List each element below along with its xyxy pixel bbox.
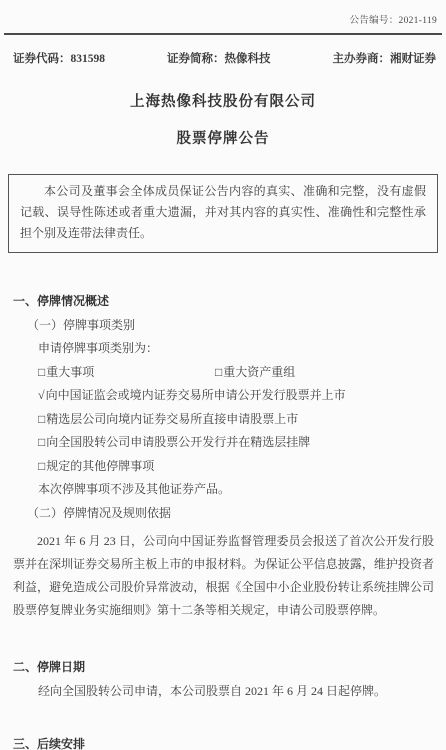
stock-name-value: 热像科技 — [225, 53, 271, 65]
disclaimer-box: 本公司及董事会全体成员保证公告内容的真实、准确和完整，没有虚假记载、误导性陈述或… — [8, 174, 438, 253]
option-neeq-public-offering: □向全国股转公司申请股票公开发行并在精选层挂牌 — [13, 431, 434, 455]
option-ipo-listing: √向中国证监会或境内证券交易所申请公开发行股票并上市 — [13, 384, 434, 408]
sponsor-value: 湘财证券 — [390, 53, 436, 65]
section3-heading: 三、后续安排 — [13, 733, 434, 750]
section1-intro: 申请停牌事项类别为： — [13, 337, 434, 361]
notice-number: 公告编号：2021-119 — [0, 12, 446, 26]
section1-note: 本次停牌事项不涉及其他证券产品。 — [13, 478, 434, 502]
checkbox-unchecked-icon: □ — [38, 412, 45, 426]
sponsor-label: 主办券商： — [333, 53, 391, 65]
securities-header: 证券代码：831598 证券简称：热像科技 主办券商：湘财证券 — [13, 50, 436, 66]
stock-code-label: 证券代码： — [13, 53, 71, 65]
option-major-event: □重大事项 — [38, 361, 215, 385]
section1-sub1-heading: （一）停牌事项类别 — [13, 314, 434, 338]
checkbox-unchecked-icon: □ — [38, 435, 45, 449]
stock-name: 证券简称：热像科技 — [167, 50, 271, 66]
section1-paragraph: 2021 年 6 月 23 日，公司向中国证券监督管理委员会报送了首次公开发行股… — [13, 530, 434, 622]
option-major-asset-restructuring: □重大资产重组 — [215, 361, 295, 385]
option-other-matters: □规定的其他停牌事项 — [13, 455, 434, 479]
header-divider — [4, 33, 442, 35]
stock-code: 证券代码：831598 — [13, 50, 105, 66]
option-row-pair: □重大事项 □重大资产重组 — [13, 361, 434, 385]
section1-heading: 一、停牌情况概述 — [13, 290, 434, 314]
announcement-document: 公告编号：2021-119 证券代码：831598 证券简称：热像科技 主办券商… — [0, 0, 446, 750]
company-title: 上海热像科技股份有限公司 — [0, 90, 446, 111]
announcement-title: 股票停牌公告 — [0, 127, 446, 148]
option-label: 重大资产重组 — [223, 365, 295, 379]
option-label: 规定的其他停牌事项 — [46, 459, 154, 473]
section1-sub2-heading: （二）停牌情况及规则依据 — [13, 502, 434, 526]
checkbox-unchecked-icon: □ — [38, 365, 45, 379]
section2-paragraph: 经向全国股转公司申请，本公司股票自 2021 年 6 月 24 日起停牌。 — [13, 680, 434, 704]
option-label: 重大事项 — [46, 365, 94, 379]
section2-heading: 二、停牌日期 — [13, 656, 434, 680]
stock-code-value: 831598 — [71, 53, 106, 65]
option-label: 向全国股转公司申请股票公开发行并在精选层挂牌 — [46, 435, 310, 449]
checkmark-icon: √ — [38, 388, 45, 402]
option-label: 精选层公司向境内证券交易所直接申请股票上市 — [46, 412, 298, 426]
sponsor: 主办券商：湘财证券 — [333, 50, 437, 66]
option-select-layer-direct-listing: □精选层公司向境内证券交易所直接申请股票上市 — [13, 408, 434, 432]
document-body: 一、停牌情况概述 （一）停牌事项类别 申请停牌事项类别为： □重大事项 □重大资… — [13, 290, 434, 750]
checkbox-unchecked-icon: □ — [215, 365, 222, 379]
checkbox-unchecked-icon: □ — [38, 459, 45, 473]
disclaimer-text: 本公司及董事会全体成员保证公告内容的真实、准确和完整，没有虚假记载、误导性陈述或… — [20, 184, 426, 240]
stock-name-label: 证券简称： — [167, 53, 225, 65]
option-label: 向中国证监会或境内证券交易所申请公开发行股票并上市 — [46, 388, 346, 402]
